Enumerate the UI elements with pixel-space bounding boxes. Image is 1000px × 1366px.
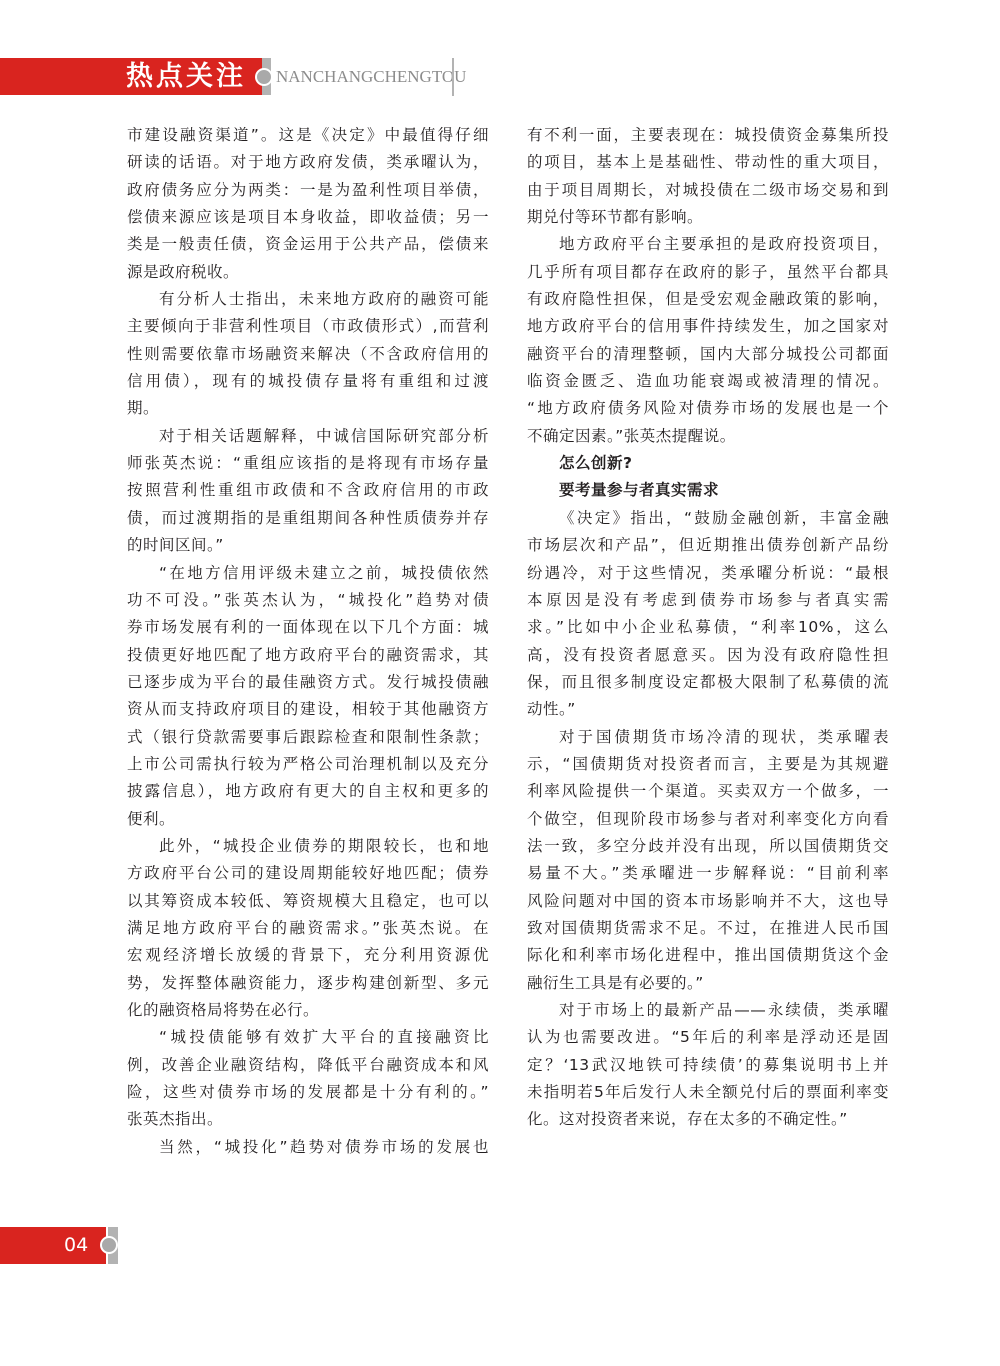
text-line: 纷遇冷，对于这些情况，类承曜分析说：“最根 [527,560,889,587]
text-line: 的时间区间。” [127,532,489,559]
text-line: 便利。 [127,806,489,833]
text-line: 偿债来源应该是项目本身收益，即收益债；另一 [127,204,489,231]
section-title: 热点关注 [126,58,246,95]
page-number-bar [0,1227,106,1264]
text-line: 险，这些对债券市场的发展都是十分有利的。” [127,1079,489,1106]
text-line: 临资金匮乏、造血功能衰竭或被清理的情况。 [527,368,889,395]
text-line: 利率风险提供一个渠道。买卖双方一个做多，一 [527,778,889,805]
text-line: 由于项目周期长，对城投债在二级市场交易和到 [527,177,889,204]
text-line: 资从而支持政府项目的建设，相较于其他融资方 [127,696,489,723]
text-line: 主要倾向于非营利性项目（市政债形式）,而营利 [127,313,489,340]
text-line: 势，发挥整体融资能力，逐步构建创新型、多元 [127,970,489,997]
text-line: 地方政府平台主要承担的是政府投资项目， [527,231,889,258]
text-line: 师张英杰说：“重组应该指的是将现有市场存量 [127,450,489,477]
text-line: 券市场发展有利的一面体现在以下几个方面：城 [127,614,489,641]
text-line: 几乎所有项目都存在政府的影子，虽然平台都具 [527,259,889,286]
text-line: 地方政府平台的信用事件持续发生，加之国家对 [527,313,889,340]
text-line: 高，没有投资者愿意买。因为没有政府隐性担 [527,642,889,669]
text-line: 风险问题对中国的资本市场影响并不大，这也导 [527,888,889,915]
text-line: 信用债），现有的城投债存量将有重组和过渡 [127,368,489,395]
text-line: 源是政府税收。 [127,259,489,286]
text-line: 期兑付等环节都有影响。 [527,204,889,231]
text-line: 融资平台的清理整顿，国内大部分城投公司都面 [527,341,889,368]
text-line: 求。”比如中小企业私募债，“利率10%，这么 [527,614,889,641]
text-line: 融衍生工具是有必要的。” [527,970,889,997]
text-line: 类是一般责任债，资金运用于公共产品，偿债来 [127,231,489,258]
text-line: 已逐步成为平台的最佳融资方式。发行城投债融 [127,669,489,696]
text-line: 示，“国债期货对投资者而言，主要是为其规避 [527,751,889,778]
text-line: 此外，“城投企业债券的期限较长，也和地 [127,833,489,860]
text-line: 对于国债期货市场冷清的现状，类承曜表 [527,724,889,751]
text-line: 市场层次和产品”，但近期推出债券创新产品纷 [527,532,889,559]
article-column-left: 市建设融资渠道”。这是《决定》中最值得仔细研读的话语。对于地方政府发债，类承曜认… [127,122,489,1161]
text-line: 式（银行贷款需要事后跟踪检查和限制性条款； [127,724,489,751]
text-line: 的项目，基本上是基础性、带动性的重大项目， [527,149,889,176]
header-circle-icon [255,68,273,86]
text-line: “地方政府债务风险对债券市场的发展也是一个 [527,395,889,422]
text-line: “城投债能够有效扩大平台的直接融资比 [127,1024,489,1051]
text-line: 功不可没。”张英杰认为，“城投化”趋势对债 [127,587,489,614]
text-line: 定？‘13武汉地铁可持续债’的募集说明书上并 [527,1052,889,1079]
text-line: 认为也需要改进。“5年后的利率是浮动还是固 [527,1024,889,1051]
text-line: 《决定》指出，“鼓励金融创新，丰富金融 [527,505,889,532]
text-line: 宏观经济增长放缓的背景下，充分利用资源优 [127,942,489,969]
text-line: 不确定因素。”张英杰提醒说。 [527,423,889,450]
subheading: 要考量参与者真实需求 [527,477,889,504]
text-line: 保，而且很多制度设定都极大限制了私募债的流 [527,669,889,696]
text-line: 满足地方政府平台的融资需求。”张英杰说。在 [127,915,489,942]
text-line: 本原因是没有考虑到债券市场参与者真实需 [527,587,889,614]
text-line: 化。这对投资者来说，存在太多的不确定性。” [527,1106,889,1133]
page-number: 04 [64,1227,88,1264]
text-line: 有分析人士指出，未来地方政府的融资可能 [127,286,489,313]
text-line: 际化和利率市场化进程中，推出国债期货这个金 [527,942,889,969]
text-line: 政府债务应分为两类：一是为盈利性项目举债， [127,177,489,204]
text-line: 有不利一面，主要表现在：城投债资金募集所投 [527,122,889,149]
text-line: 法一致，多空分歧并没有出现，所以国债期货交 [527,833,889,860]
text-line: 个做空，但现阶段市场参与者对利率变化方向看 [527,806,889,833]
text-line: 例，改善企业融资结构，降低平台融资成本和风 [127,1052,489,1079]
text-line: 张英杰指出。 [127,1106,489,1133]
text-line: 投债更好地匹配了地方政府平台的融资需求，其 [127,642,489,669]
text-line: 披露信息），地方政府有更大的自主权和更多的 [127,778,489,805]
text-line: 以其筹资成本较低、筹资规模大且稳定，也可以 [127,888,489,915]
text-line: 上市公司需执行较为严格公司治理机制以及充分 [127,751,489,778]
text-line: 有政府隐性担保，但是受宏观金融政策的影响， [527,286,889,313]
text-line: 当然，“城投化”趋势对债券市场的发展也 [127,1134,489,1161]
subheading: 怎么创新? [527,450,889,477]
brand-name: NANCHANGCHENGTOU [276,62,466,92]
text-line: 易量不大。”类承曜进一步解释说：“目前利率 [527,860,889,887]
text-line: 性则需要依靠市场融资来解决（不含政府信用的 [127,341,489,368]
text-line: 市建设融资渠道”。这是《决定》中最值得仔细 [127,122,489,149]
text-line: “在地方信用评级未建立之前，城投债依然 [127,560,489,587]
header-rule [452,58,454,96]
text-line: 期。 [127,395,489,422]
text-line: 动性。” [527,696,889,723]
article-column-right: 有不利一面，主要表现在：城投债资金募集所投的项目，基本上是基础性、带动性的重大项… [527,122,889,1134]
text-line: 对于市场上的最新产品——永续债，类承曜 [527,997,889,1024]
text-line: 研读的话语。对于地方政府发债，类承曜认为， [127,149,489,176]
text-line: 对于相关话题解释，中诚信国际研究部分析 [127,423,489,450]
text-line: 债，而过渡期指的是重组期间各种性质债券并存 [127,505,489,532]
footer-circle-icon [100,1236,118,1254]
text-line: 方政府平台公司的建设周期能较好地匹配；债券 [127,860,489,887]
text-line: 按照营利性重组市政债和不含政府信用的市政 [127,477,489,504]
text-line: 化的融资格局将势在必行。 [127,997,489,1024]
text-line: 未指明若5年后发行人未全额兑付后的票面利率变 [527,1079,889,1106]
text-line: 致对国债期货需求不足。不过，在推进人民币国 [527,915,889,942]
